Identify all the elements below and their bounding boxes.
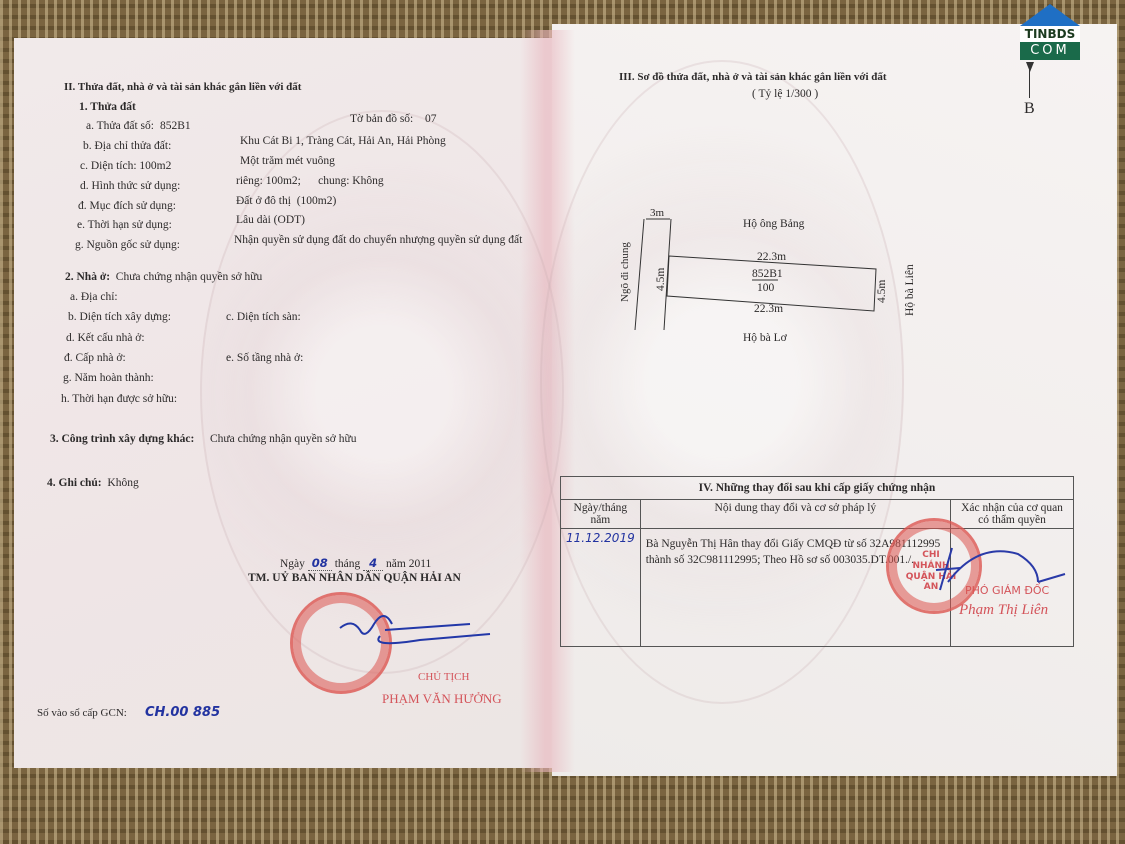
land-row-value: riêng: 100m2; chung: Không — [236, 176, 384, 188]
signer-name-right: Phạm Thị Liên — [959, 603, 1048, 618]
house-roof-icon — [1020, 4, 1080, 26]
signature-right — [930, 540, 1070, 600]
date-day-label: Ngày — [280, 558, 305, 570]
date-month-label: tháng — [335, 558, 361, 570]
house-build-area-label: b. Diện tích xây dựng: — [68, 312, 171, 324]
map-sheet-value: 07 — [425, 114, 437, 126]
header-confirmation: Xác nhận của cơ quan có thẩm quyền — [951, 500, 1074, 529]
land-row-value: Một trăm mét vuông — [240, 156, 335, 168]
map-sheet-label: Tờ bản đồ số: — [350, 114, 413, 126]
north-arrow-head-icon — [1026, 62, 1034, 72]
section-2-title: II. Thửa đất, nhà ở và tài sản khác gắn … — [64, 82, 301, 93]
land-row-value: Nhận quyền sử dụng đất do chuyển nhượng … — [234, 235, 522, 247]
land-row-label: e. Thời hạn sử dụng: — [77, 220, 172, 232]
house-grade-label: đ. Cấp nhà ở: — [64, 353, 126, 365]
south-neighbor: Hộ bà Lơ — [743, 333, 787, 345]
parcel-area: 100 — [757, 283, 774, 295]
land-title: 1. Thửa đất — [79, 102, 136, 114]
logo-line-1: TINBDS — [1020, 26, 1080, 42]
logo-line-2: COM — [1020, 42, 1080, 60]
other-works-title: 3. Công trình xây dựng khác: — [50, 433, 194, 445]
land-row-label: b. Địa chỉ thửa đất: — [83, 141, 171, 153]
signature-left — [330, 608, 500, 658]
registry-value: CH.00 885 — [145, 706, 220, 719]
bottom-length: 22.3m — [754, 304, 783, 316]
north-label: B — [1024, 101, 1035, 117]
house-address-label: a. Địa chỉ: — [70, 292, 118, 304]
house-floors-label: e. Số tầng nhà ở: — [226, 353, 303, 365]
changes-title: IV. Những thay đổi sau khi cấp giấy chứn… — [561, 477, 1074, 500]
house-floor-area-label: c. Diện tích sàn: — [226, 312, 301, 324]
notes-value: Không — [107, 477, 138, 489]
parcel-id: 852B1 — [752, 269, 783, 281]
date-month: 4 — [363, 556, 383, 571]
north-neighbor: Hộ ông Bảng — [743, 219, 804, 231]
house-structure-label: d. Kết cấu nhà ở: — [66, 333, 145, 345]
house-completion-label: g. Năm hoàn thành: — [63, 373, 154, 385]
house-ownership-term-label: h. Thời hạn được sở hữu: — [61, 394, 177, 406]
left-width: 4.5m — [656, 268, 668, 291]
date-day: 08 — [308, 556, 332, 571]
top-length: 22.3m — [757, 252, 786, 264]
alley-width: 3m — [650, 208, 664, 219]
land-row-value: Đất ở đô thị (100m2) — [236, 196, 336, 208]
change-date: 11.12.2019 — [561, 529, 641, 647]
header-date: Ngày/tháng năm — [561, 500, 641, 529]
signer-name-left: PHẠM VĂN HƯỞNG — [382, 692, 502, 705]
tinbds-logo: TINBDS COM — [1020, 4, 1080, 62]
land-row-label: a. Thửa đất số: — [86, 121, 154, 133]
registry-label: Số vào sổ cấp GCN: — [37, 708, 127, 719]
scale-label: ( Tỷ lệ 1/300 ) — [752, 89, 818, 101]
date-year: năm 2011 — [386, 558, 431, 570]
issuing-authority: TM. UỶ BAN NHÂN DÂN QUẬN HẢI AN — [248, 573, 461, 585]
right-width: 4.5m — [877, 280, 889, 303]
east-neighbor: Hộ bà Liên — [905, 264, 917, 316]
land-row-label: g. Nguồn gốc sử dụng: — [75, 240, 180, 252]
house-status: Chưa chứng nhận quyền sở hữu — [116, 271, 262, 283]
house-title: 2. Nhà ở: — [65, 271, 110, 283]
signer-role-left: CHỦ TỊCH — [418, 672, 469, 683]
land-row-label: c. Diện tích: 100m2 — [80, 161, 171, 173]
land-row-value: 852B1 — [160, 121, 191, 133]
header-content: Nội dung thay đổi và cơ sở pháp lý — [640, 500, 950, 529]
notes-title: 4. Ghi chú: — [47, 477, 102, 489]
land-row-label: đ. Mục đích sử dụng: — [78, 201, 176, 213]
land-row-value: Lâu dài (ODT) — [236, 215, 305, 227]
other-works-value: Chưa chứng nhận quyền sở hữu — [210, 434, 356, 446]
section-3-title: III. Sơ đồ thửa đất, nhà ở và tài sản kh… — [619, 72, 887, 83]
land-row-label: d. Hình thức sử dụng: — [80, 181, 180, 193]
land-row-value: Khu Cát Bi 1, Tràng Cát, Hải An, Hải Phò… — [240, 136, 446, 148]
alley-label: Ngõ đi chung — [620, 242, 631, 302]
